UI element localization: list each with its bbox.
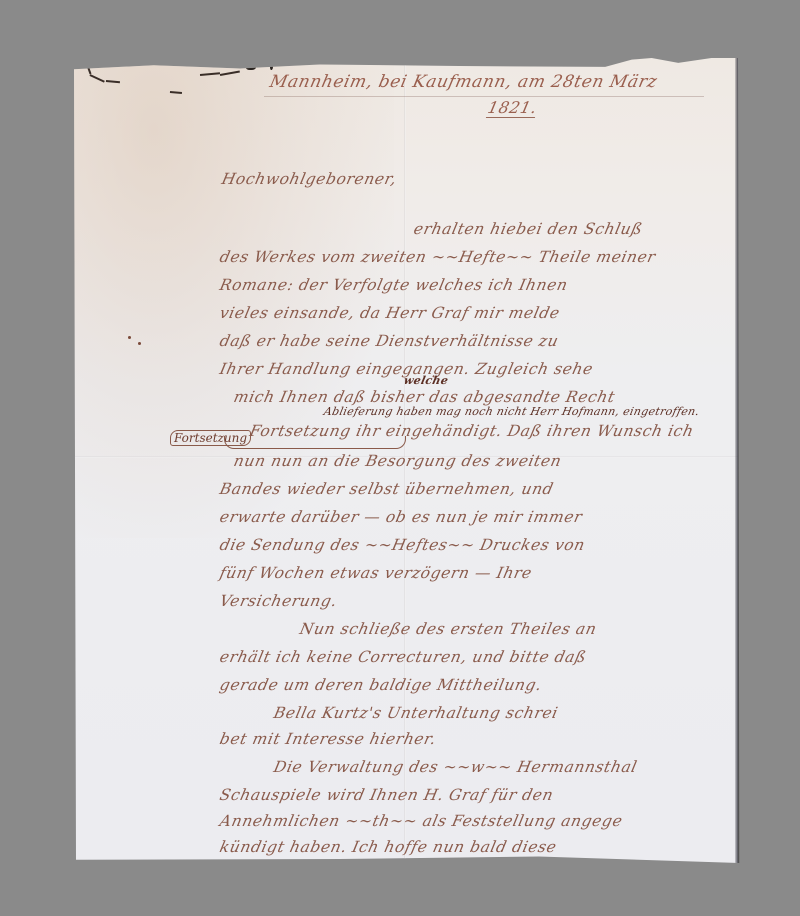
body-line: mich Ihnen daß bisher das abgesandte Rec… — [232, 388, 617, 406]
paper-tear — [270, 62, 273, 70]
interlinear-insertion: Ablieferung haben mag noch nicht Herr Ho… — [323, 405, 701, 418]
ink-spot — [138, 342, 141, 345]
body-line: Versicherung. — [218, 592, 339, 610]
letter-page: Mannheim, bei Kaufmann, am 28ten März 18… — [74, 58, 738, 863]
body-line: Nun schließe des ersten Theiles an — [298, 620, 598, 638]
body-line: erhält ich keine Correcturen, und bitte … — [218, 648, 588, 666]
body-line: Fortsetzung ihr eingehändigt. Daß ihren … — [248, 422, 695, 440]
body-line: bet mit Interesse hierher. — [218, 730, 438, 748]
body-line: kündigt haben. Ich hoffe nun bald diese — [218, 838, 558, 856]
body-line: Schauspiele wird Ihnen H. Graf für den — [218, 786, 555, 804]
body-line: daß er habe seine Dienstverhältnisse zu — [218, 332, 560, 350]
body-line: Bella Kurtz's Unterhaltung schrei — [272, 704, 560, 722]
page-edge-shadow — [735, 58, 738, 863]
body-line: gerade um deren baldige Mittheilung. — [218, 676, 544, 694]
year-line: 1821. — [486, 98, 539, 118]
place-date-line: Mannheim, bei Kaufmann, am 28ten März — [268, 72, 659, 92]
paper-tear — [246, 64, 256, 70]
body-line-text: des Werkes vom zweiten ~~Hefte~~ Theile … — [218, 248, 657, 266]
body-line: die Sendung des ~~Heftes~~ Druckes von — [218, 536, 587, 554]
body-line: nicht unwichtige Arbeit definitiv zu — [218, 864, 522, 882]
body-line: vieles einsande, da Herr Graf mir melde — [218, 304, 562, 322]
salutation: Hochwohlgeborener, — [220, 170, 398, 188]
body-line: Bandes wieder selbst übernehmen, und — [218, 480, 555, 498]
body-line: Annehmlichen ~~th~~ als Feststellung ang… — [218, 812, 624, 830]
body-line: Die Verwaltung des ~~w~~ Hermannsthal — [272, 758, 639, 776]
body-line: erhalten hiebei den Schluß — [412, 220, 644, 238]
body-line: fünf Wochen etwas verzögern — Ihre — [218, 564, 534, 582]
body-line: nun nun an die Besorgung des zweiten — [232, 452, 563, 470]
body-line: erwarte darüber — ob es nun je mir immer — [218, 508, 584, 526]
ink-spot — [128, 336, 131, 339]
body-line: des Werkes vom zweiten ~~Hefte~~ Theile … — [218, 248, 657, 266]
interlinear-insertion-above: welche — [403, 374, 450, 387]
body-line: beenden. Wenigstens danke ich Ihnen — [218, 890, 541, 908]
body-line: Romane: der Verfolgte welches ich Ihnen — [218, 276, 569, 294]
header-rule — [264, 96, 704, 97]
